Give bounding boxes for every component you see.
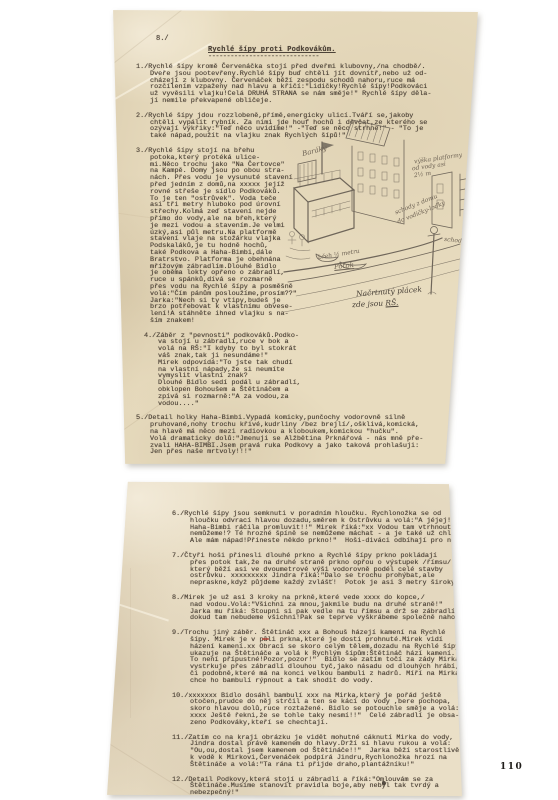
handwritten-rs-underlined: RŠ.: [385, 298, 398, 308]
text-line: nebezpečný!": [190, 790, 482, 797]
paper-crease: [112, 7, 185, 64]
typescript-text-block: 6./Rychlé šípy jsou semknuti v poradním …: [172, 511, 482, 800]
text-line: vodou....": [158, 401, 336, 408]
handwritten-label-potok: Potok: [334, 262, 354, 271]
book-page-number: 110: [500, 762, 523, 772]
text-line: dokud tam nebudeme všichni!Pak se teprve…: [190, 615, 482, 622]
scanned-page-bottom: 6./Rychlé šípy jsou semknuti v poradním …: [100, 478, 472, 800]
script-paragraph: 9./Trochu jiný záběr. Štětináč xxx a Boh…: [190, 630, 482, 684]
handwritten-note-text: zde jsou: [352, 298, 386, 309]
scanned-page-top: 8./ Rychlé šípy proti Podkovákům. ------…: [106, 6, 482, 468]
book-page-scan: 8./ Rychlé šípy proti Podkovákům. ------…: [0, 0, 558, 800]
paper-sheet-bottom: 6./Rychlé šípy jsou semknuti v poradním …: [100, 478, 472, 800]
text-line: jí nemile překvapené obličeje.: [150, 98, 486, 105]
paper-crease: [130, 568, 131, 718]
script-paragraph: 11./Zatím co na kraji obrázku je vidět m…: [190, 735, 482, 769]
paper-crease: [102, 598, 169, 622]
script-paragraph: 6./Rychlé šípy jsou semknuti v poradním …: [190, 511, 482, 545]
ink-smudge: [382, 781, 386, 785]
text-line: chce ho bambulí rýpnout a tak shodit do …: [190, 678, 482, 685]
script-paragraph: 5./Detail holky Haha-Bimbi.Vypadá komick…: [150, 415, 486, 456]
script-paragraph: 8./Mirek je už asi 3 kroky na prkně,kter…: [190, 595, 482, 622]
red-ink-mark: [262, 638, 269, 640]
script-paragraph: 7./Čtyři hoši přinesli dlouhé prkno a Ry…: [190, 553, 482, 587]
text-line: ším znakem!: [150, 318, 328, 325]
title-underline-dashes: ------------------------------: [208, 54, 319, 61]
text-line: nepraskne,když půjdeme každý zvlášť! Pot…: [190, 580, 482, 587]
text-line: Jen přes naše mrtvoly!!!": [150, 449, 486, 456]
script-paragraph: 4./Záběr z "pevnosti" podkováků.Podko-va…: [158, 333, 336, 408]
script-paragraph: 12./Detail Podkovy,která stojí u zábradl…: [190, 777, 482, 797]
text-line: zeno Podkováky,kteří se chechtají.: [190, 720, 482, 727]
text-line: Štětináče a volá:"Ta rána ti přijde drah…: [190, 762, 482, 769]
script-paragraph: 1./Rychlé šípy kromě Červenáčka stojí př…: [150, 64, 486, 105]
paper-sheet-top: 8./ Rychlé šípy proti Podkovákům. ------…: [106, 6, 482, 468]
script-paragraph: 10./xxxxxxx Bidlo dosáhl bambulí xxx na …: [190, 693, 482, 727]
text-line: Ale mám nápad!Přineste někdo prkno!" Hoš…: [190, 538, 482, 545]
typescript-page-number: 8./: [156, 36, 169, 43]
